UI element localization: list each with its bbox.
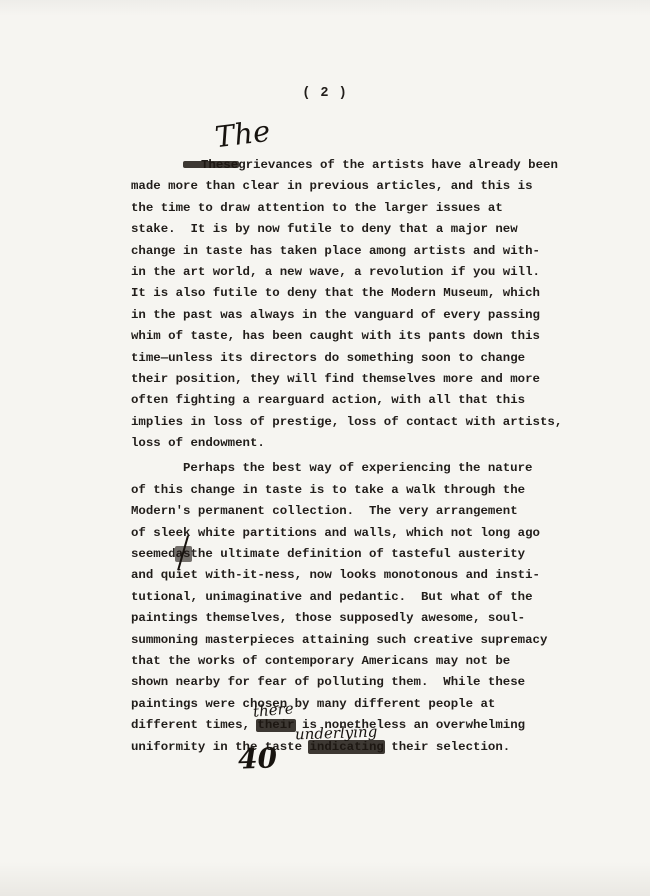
typewritten-manuscript-page: ( 2 ) TheThesegrievances of the artists … [0, 0, 650, 896]
text-line: paintings were chosen by many different … [131, 694, 601, 715]
text-line: implies in loss of prestige, loss of con… [131, 412, 601, 433]
text-line: time—unless its directors do something s… [131, 348, 601, 369]
text-line: seemedasthe ultimate definition of taste… [131, 544, 601, 565]
text-line: made more than clear in previous article… [131, 176, 601, 197]
handwritten-page-number: 40 [237, 741, 277, 775]
text-line: of sleek white partitions and walls, whi… [131, 523, 601, 544]
text-segment: different times, [131, 718, 257, 732]
text-line: in the art world, a new wave, a revoluti… [131, 262, 601, 283]
correction: TheThese [201, 155, 238, 176]
text-line: in the past was always in the vanguard o… [131, 305, 601, 326]
text-line: summoning masterpieces attaining such cr… [131, 630, 601, 651]
text-line: change in taste has taken place among ar… [131, 241, 601, 262]
paragraph-1: TheThesegrievances of the artists have a… [131, 155, 601, 454]
text-segment: the ultimate definition of tasteful aust… [191, 547, 526, 561]
text-segment: their selection. [384, 740, 510, 754]
text-segment: seemed [131, 547, 176, 561]
overtyped-characters: as [176, 544, 191, 565]
text-line: It is also futile to deny that the Moder… [131, 283, 601, 304]
text-segment: grievances of the artists have already b… [238, 158, 558, 172]
struck-word: These [201, 155, 238, 176]
correction: underlyingindicating [309, 737, 383, 758]
text-line: paintings themselves, those supposedly a… [131, 608, 601, 629]
text-line: stake. It is by now futile to deny that … [131, 219, 601, 240]
body-text: TheThesegrievances of the artists have a… [131, 155, 601, 758]
text-segment: uniformity in the taste [131, 740, 309, 754]
text-segment: is nonetheless an overwhelming [295, 718, 526, 732]
text-line: often fighting a rearguard action, with … [131, 390, 601, 411]
text-line: their position, they will find themselve… [131, 369, 601, 390]
text-line: shown nearby for fear of polluting them.… [131, 672, 601, 693]
correction: theretheir [257, 715, 294, 736]
text-line: of this change in taste is to take a wal… [131, 480, 601, 501]
text-line: that the works of contemporary Americans… [131, 651, 601, 672]
text-line: different times, theretheir is nonethele… [131, 715, 601, 736]
text-line: whim of taste, has been caught with its … [131, 326, 601, 347]
paragraph-2: Perhaps the best way of experiencing the… [131, 458, 601, 757]
text-line: Perhaps the best way of experiencing the… [131, 458, 601, 479]
handwritten-insert-the: The [214, 121, 271, 149]
text-line: the time to draw attention to the larger… [131, 198, 601, 219]
text-line: and quiet with-it-ness, now looks monoto… [131, 565, 601, 586]
struck-word: indicating [309, 737, 383, 758]
text-line: TheThesegrievances of the artists have a… [131, 155, 601, 176]
text-line: uniformity in the taste underlyingindica… [131, 737, 601, 758]
page-number: ( 2 ) [0, 86, 650, 101]
text-line: loss of endowment. [131, 433, 601, 454]
text-line: Modern's permanent collection. The very … [131, 501, 601, 522]
struck-word: their [257, 715, 294, 736]
text-line: tutional, unimaginative and pedantic. Bu… [131, 587, 601, 608]
